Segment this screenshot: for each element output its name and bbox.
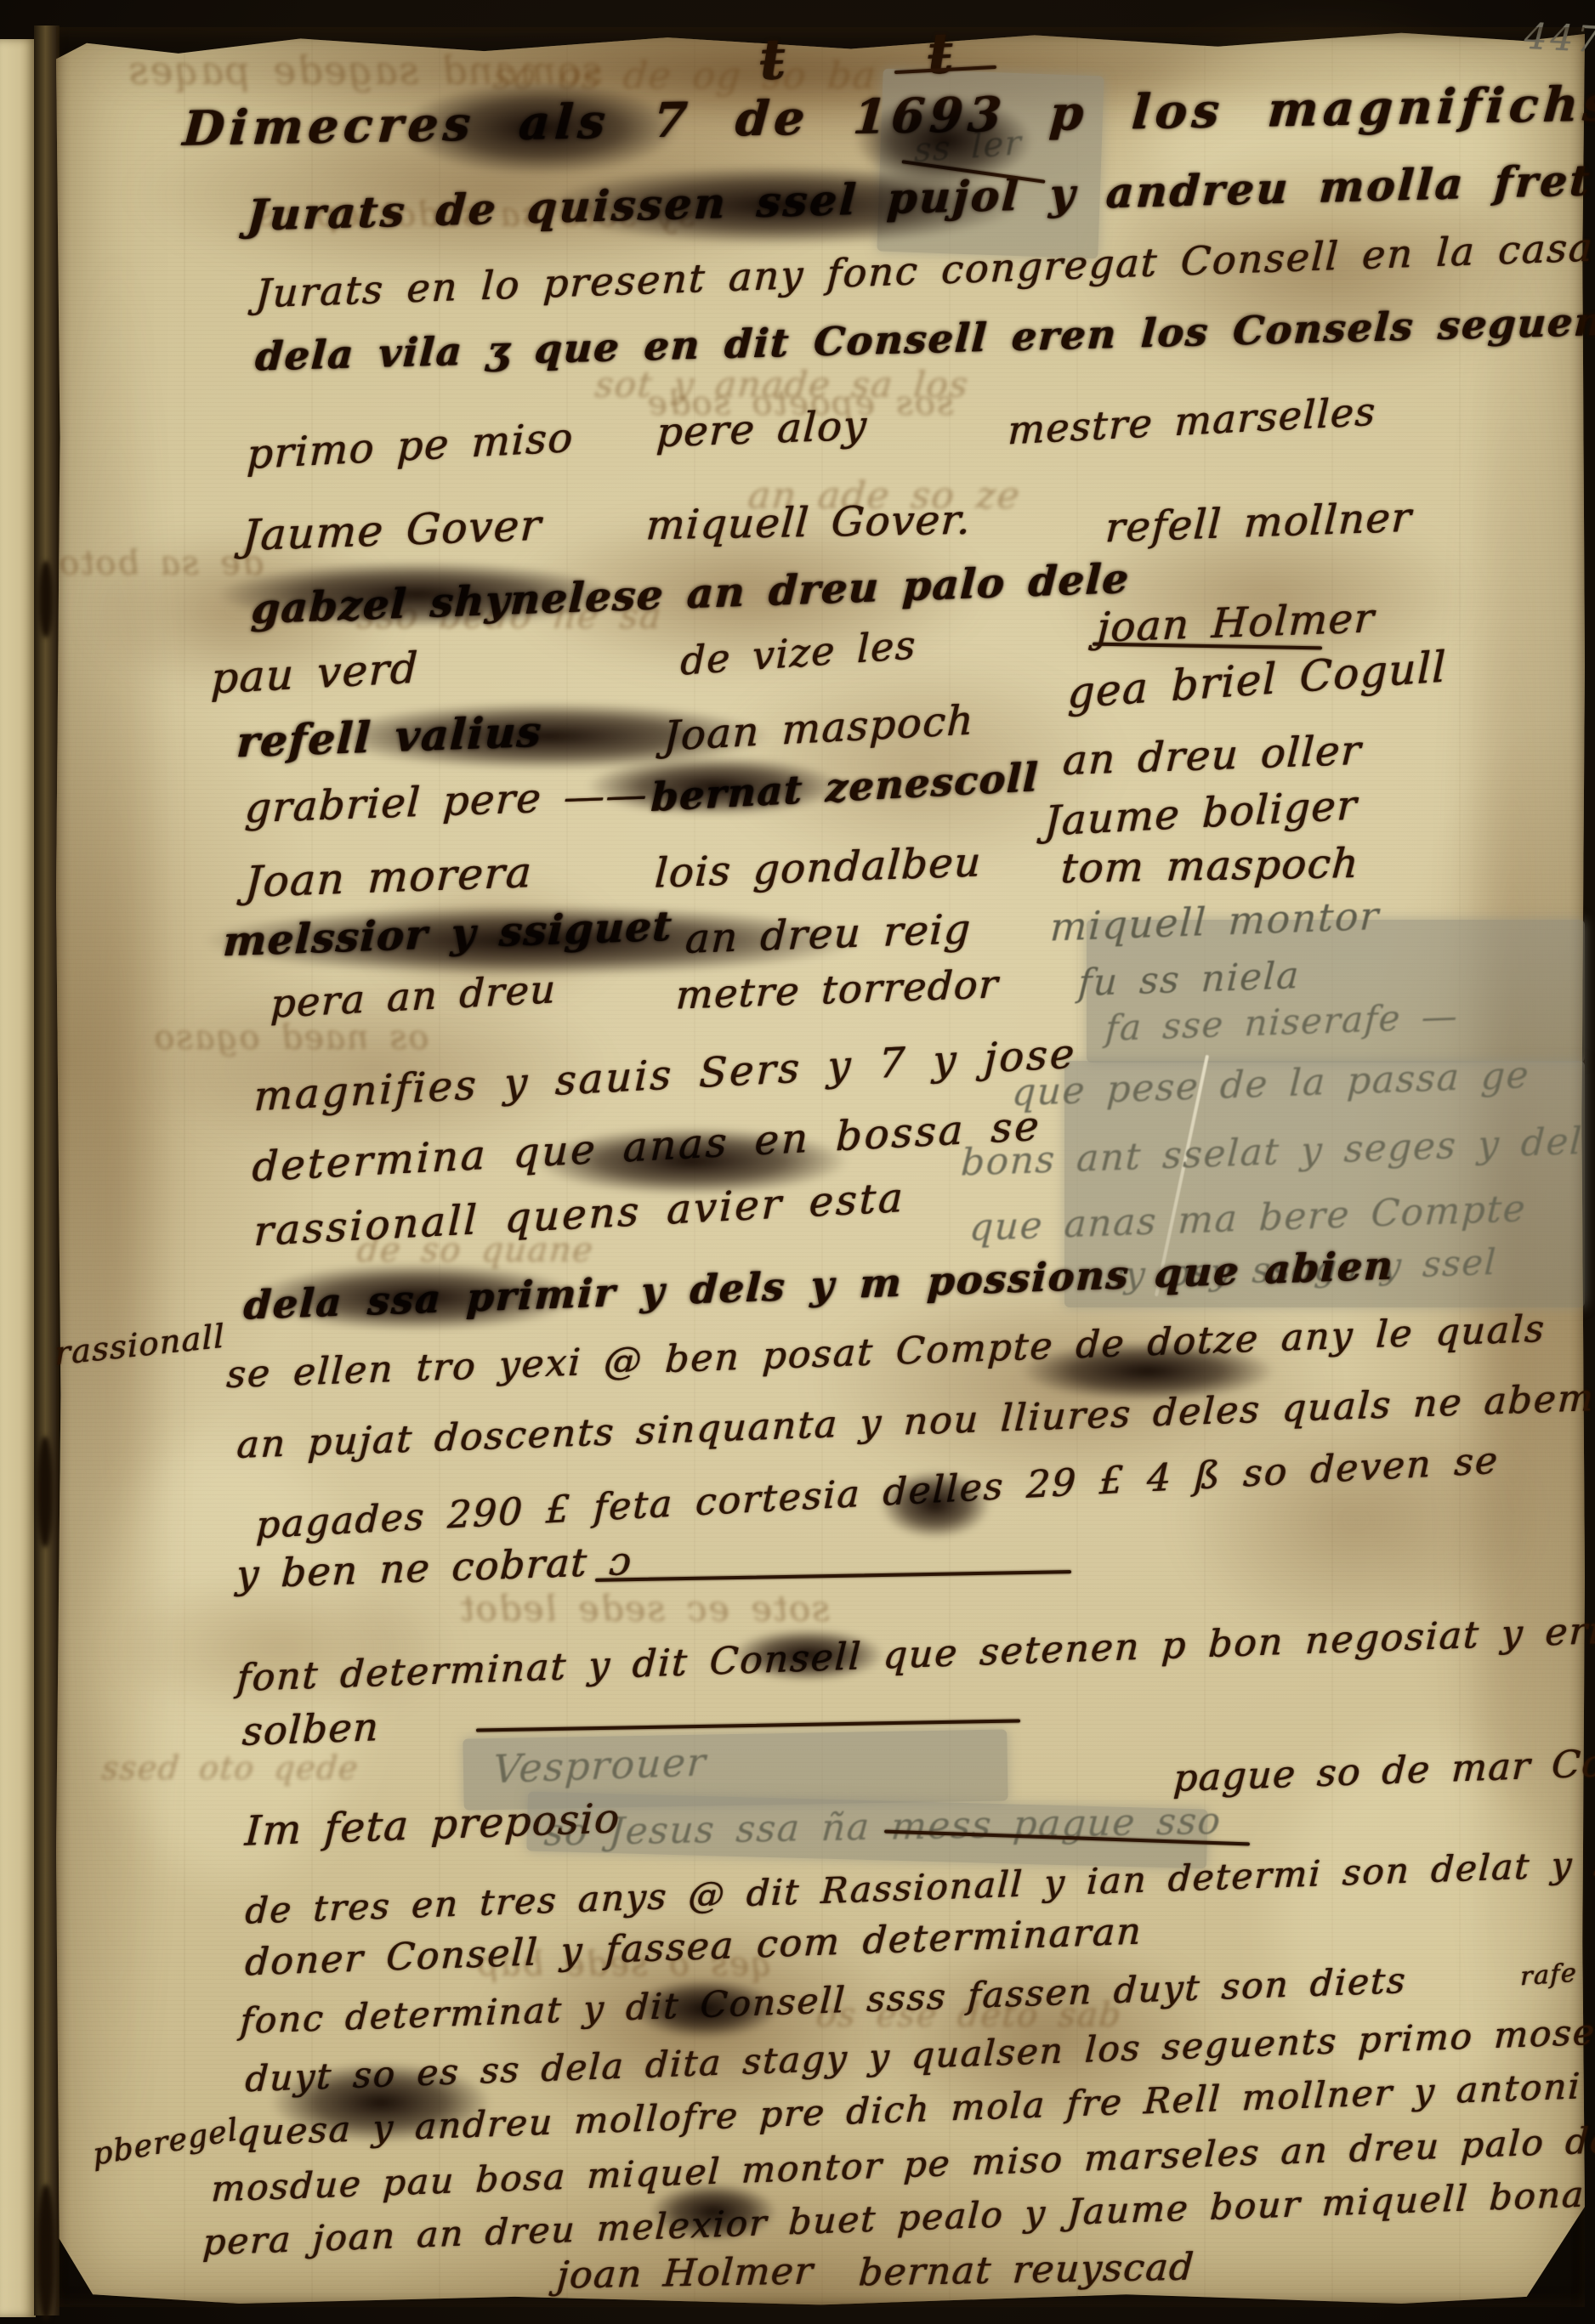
bleedthrough-line: de sa boto — [56, 544, 265, 583]
folio-number-pencil: 447 — [1524, 15, 1595, 61]
manuscript-line: bernat reuyscad — [857, 2246, 1195, 2295]
margin-note: rafe — [1520, 1958, 1578, 1992]
header-tally-marks: ŧ ŧ — [758, 18, 1015, 93]
manuscript-line: refell valius — [236, 706, 543, 768]
manuscript-line: miquell Gover. — [644, 496, 973, 550]
manuscript-line: Joan morera — [244, 847, 534, 907]
gutter-ink-mark — [39, 561, 53, 638]
manuscript-line: tom maspoch — [1059, 840, 1361, 893]
ghost-text-line: Vesprouer — [492, 1739, 708, 1793]
bleedthrough-line: ssed oto qede — [100, 1749, 360, 1787]
gutter-ink-mark — [37, 1437, 53, 1547]
manuscript-line: solben — [241, 1703, 381, 1754]
bleedthrough-line: sote ec sede ledot — [457, 1588, 832, 1630]
manuscript-line: fu ss niela — [1077, 954, 1302, 1005]
manuscript-line: joan Holmer — [555, 2249, 815, 2297]
manuscript-line: Jaume Gover — [241, 501, 543, 560]
previous-page-edge — [0, 39, 36, 2317]
manuscript-line: pere aloy — [656, 402, 869, 457]
stain-mark — [51, 238, 179, 2193]
gutter-ink-mark — [37, 2185, 54, 2321]
photo-backdrop: ŧ ŧ 447 somand sagede paqesso os de og s… — [0, 0, 1595, 2324]
manuscript-line: an dreu reig — [684, 905, 973, 963]
